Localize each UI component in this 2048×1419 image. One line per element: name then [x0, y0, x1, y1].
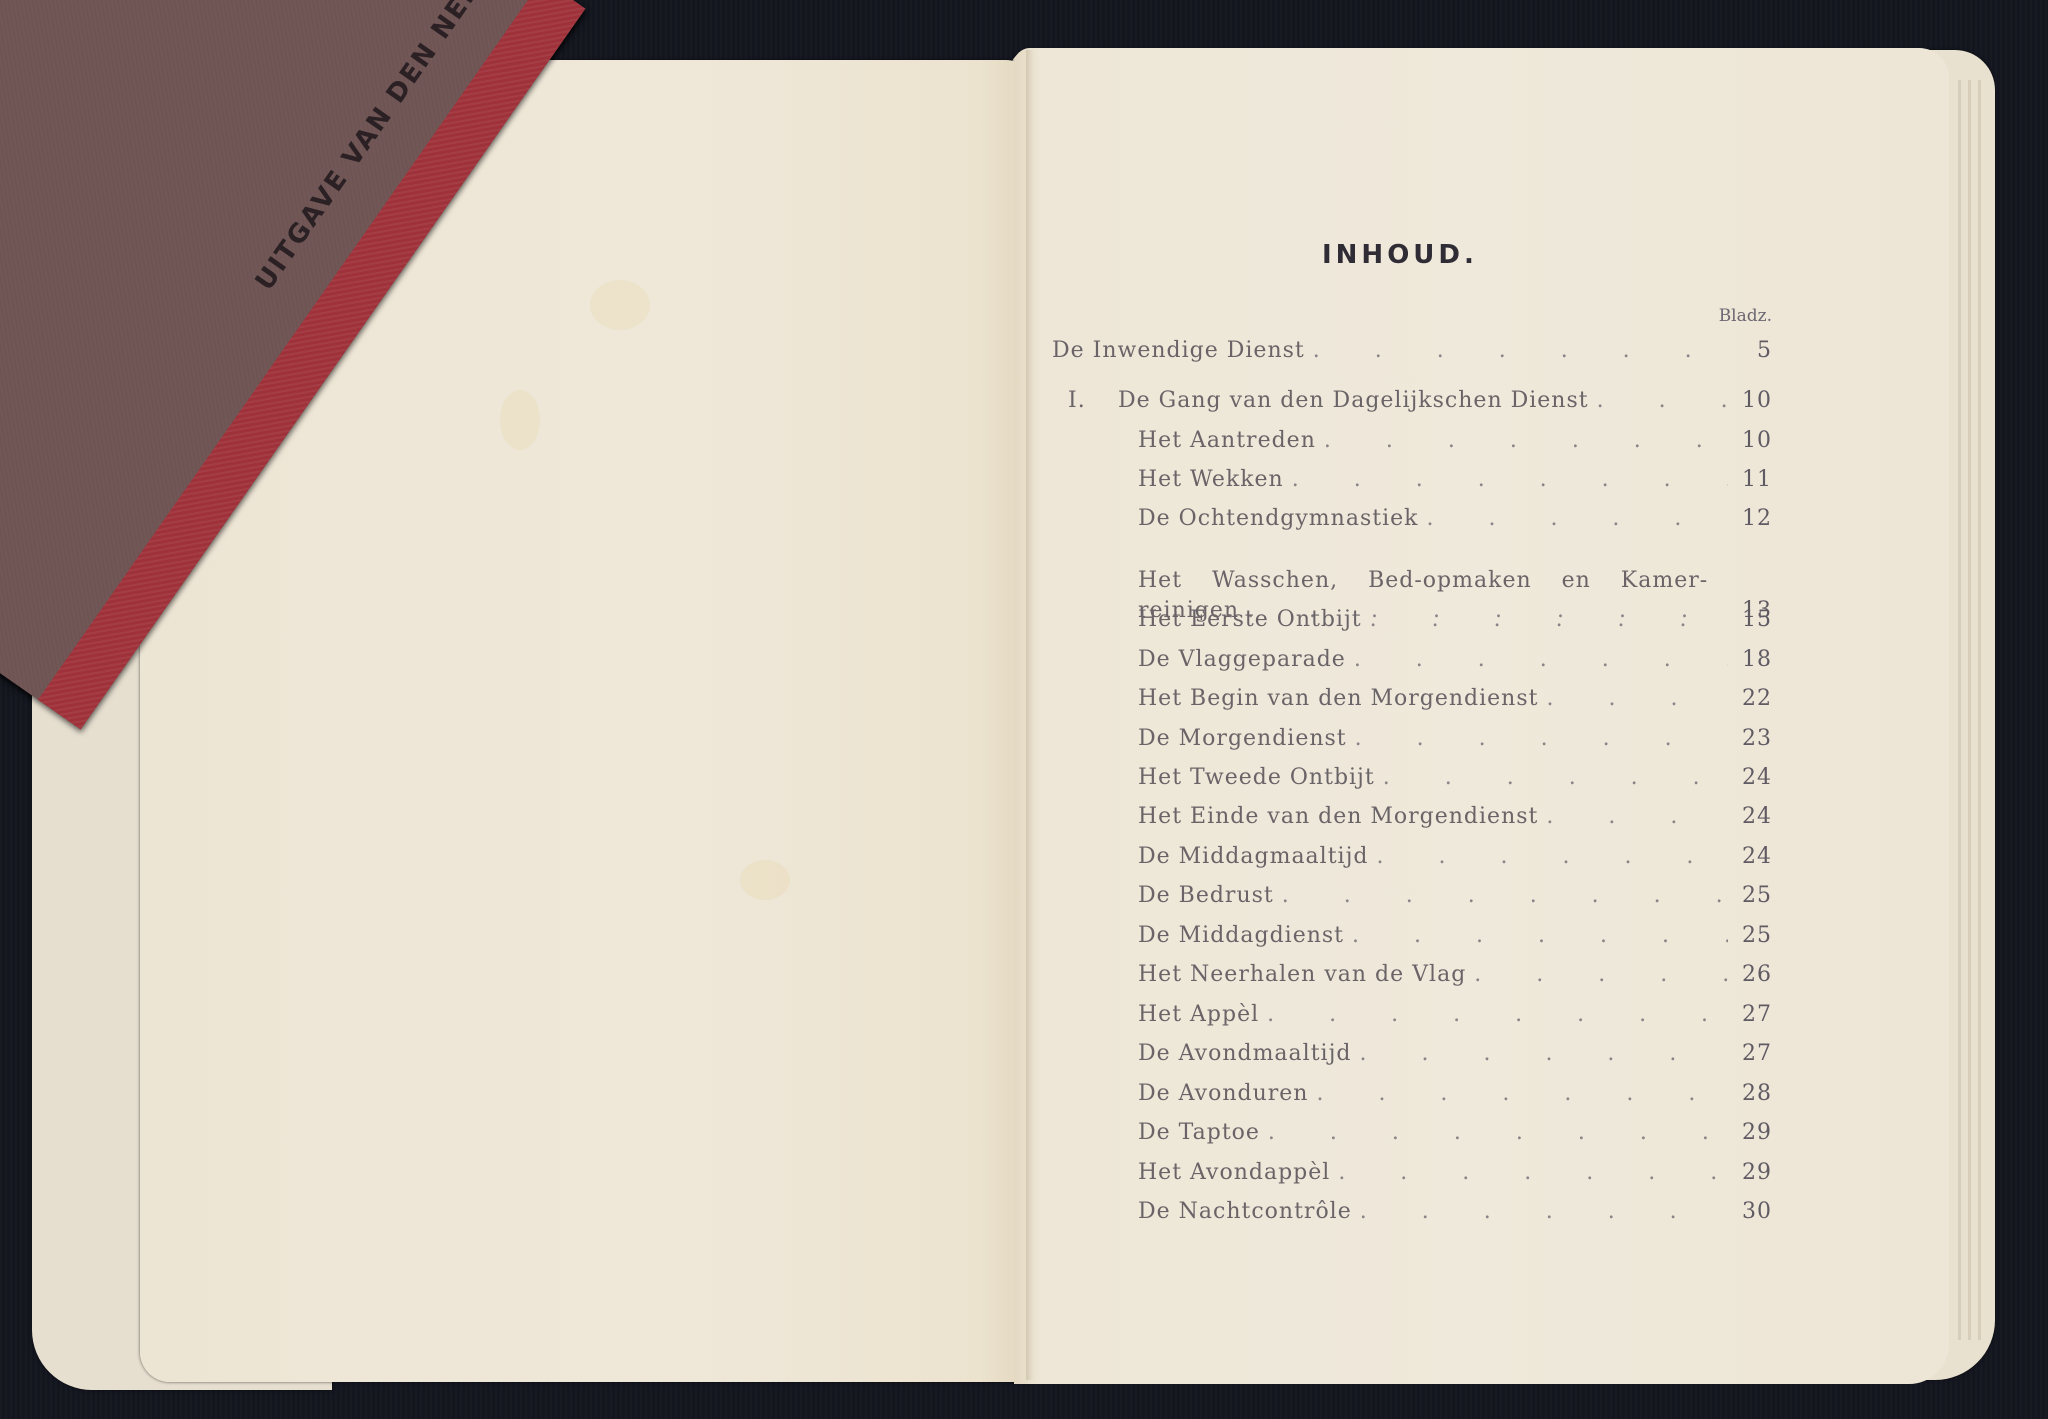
toc-entry-label: De Vlaggeparade: [1138, 647, 1346, 672]
toc-page-number: 22: [1736, 686, 1772, 711]
toc-entry: De Morgendienst. . . . . . . . . . . . .…: [1138, 726, 1772, 751]
toc-page-number: 30: [1736, 1199, 1772, 1224]
toc-leader-dots: . . . . . . . . . . . . . . . . . . . . …: [1546, 686, 1728, 711]
toc-page-number: 10: [1736, 428, 1772, 453]
toc-entry-number: I.: [1068, 388, 1118, 413]
toc-entry: Het Wekken. . . . . . . . . . . . . . . …: [1138, 467, 1772, 492]
toc-entry-label: Het Begin van den Morgendienst: [1138, 686, 1538, 711]
toc-entry-label: De Morgendienst: [1138, 726, 1347, 751]
book-gutter: [1026, 50, 1034, 1380]
toc-page-number: 15: [1736, 607, 1772, 632]
toc-entry-label: Het Wekken: [1138, 467, 1284, 492]
toc-page-number: 24: [1736, 804, 1772, 829]
toc-entry: Het Eerste Ontbijt. . . . . . . . . . . …: [1138, 607, 1772, 632]
toc-leader-dots: . . . . . . . . . . . . . . . . . . . . …: [1324, 428, 1728, 453]
toc-page-number: 12: [1736, 506, 1772, 531]
toc-entry-label: Het Aantreden: [1138, 428, 1316, 453]
toc-entry-label: De Bedrust: [1138, 883, 1274, 908]
page-column-header: Bladz.: [1719, 306, 1772, 326]
toc-leader-dots: . . . . . . . . . . . . . . . . . . . . …: [1268, 1120, 1728, 1145]
toc-entry-label: De Inwendige Dienst: [1052, 338, 1305, 363]
toc-entry: Het Begin van den Morgendienst. . . . . …: [1138, 686, 1772, 711]
toc-entry: De Nachtcontrôle. . . . . . . . . . . . …: [1138, 1199, 1772, 1224]
toc-entry-label: Het Einde van den Morgendienst: [1138, 804, 1538, 829]
toc-entry: Het Neerhalen van de Vlag. . . . . . . .…: [1138, 962, 1772, 987]
toc-entry: De Avonduren. . . . . . . . . . . . . . …: [1138, 1081, 1772, 1106]
toc-page-number: 11: [1736, 467, 1772, 492]
toc-page-number: 26: [1736, 962, 1772, 987]
toc-entry-label: De Nachtcontrôle: [1138, 1199, 1352, 1224]
toc-entry-label: De Gang van den Dagelijkschen Dienst: [1118, 388, 1589, 413]
toc-entry: Het Tweede Ontbijt. . . . . . . . . . . …: [1138, 765, 1772, 790]
toc-leader-dots: . . . . . . . . . . . . . . . . . . . . …: [1474, 962, 1728, 987]
toc-entry-label: De Ochtendgymnastiek: [1138, 506, 1418, 531]
toc-leader-dots: . . . . . . . . . . . . . . . . . . . . …: [1355, 726, 1728, 751]
toc-page-number: 29: [1736, 1160, 1772, 1185]
toc-leader-dots: . . . . . . . . . . . . . . . . . . . . …: [1426, 506, 1728, 531]
toc-entry-label: Het Neerhalen van de Vlag: [1138, 962, 1466, 987]
toc-entry-label: Het Tweede Ontbijt: [1138, 765, 1375, 790]
toc-entry: De Inwendige Dienst. . . . . . . . . . .…: [1052, 338, 1772, 363]
toc-leader-dots: . . . . . . . . . . . . . . . . . . . . …: [1354, 647, 1728, 672]
toc-entry: I.De Gang van den Dagelijkschen Dienst. …: [1068, 388, 1772, 413]
toc-entry-label: De Middagmaaltijd: [1138, 844, 1369, 869]
toc-entry: Het Avondappèl. . . . . . . . . . . . . …: [1138, 1160, 1772, 1185]
toc-page-number: 25: [1736, 923, 1772, 948]
table-of-contents: INHOUD. Bladz. De Inwendige Dienst. . . …: [1052, 240, 1772, 270]
toc-entry: De Avondmaaltijd. . . . . . . . . . . . …: [1138, 1041, 1772, 1066]
toc-leader-dots: . . . . . . . . . . . . . . . . . . . . …: [1383, 765, 1728, 790]
toc-leader-dots: . . . . . . . . . . . . . . . . . . . . …: [1292, 467, 1728, 492]
toc-page-number: 28: [1736, 1081, 1772, 1106]
toc-leader-dots: . . . . . . . . . . . . . . . . . . . . …: [1282, 883, 1728, 908]
toc-page-number: 18: [1736, 647, 1772, 672]
toc-page-number: 23: [1736, 726, 1772, 751]
toc-leader-dots: . . . . . . . . . . . . . . . . . . . . …: [1370, 607, 1728, 632]
toc-entry-label: De Middagdienst: [1138, 923, 1344, 948]
toc-entry: De Ochtendgymnastiek. . . . . . . . . . …: [1138, 506, 1772, 531]
toc-entry-label: Het Appèl: [1138, 1002, 1259, 1027]
toc-page-number: 5: [1736, 338, 1772, 363]
toc-leader-dots: . . . . . . . . . . . . . . . . . . . . …: [1546, 804, 1728, 829]
toc-entry: De Taptoe. . . . . . . . . . . . . . . .…: [1138, 1120, 1772, 1145]
toc-entry: Het Aantreden. . . . . . . . . . . . . .…: [1138, 428, 1772, 453]
toc-leader-dots: . . . . . . . . . . . . . . . . . . . . …: [1267, 1002, 1728, 1027]
toc-page-number: 25: [1736, 883, 1772, 908]
toc-leader-dots: . . . . . . . . . . . . . . . . . . . . …: [1360, 1199, 1728, 1224]
toc-entry-label: De Taptoe: [1138, 1120, 1260, 1145]
toc-leader-dots: . . . . . . . . . . . . . . . . . . . . …: [1352, 923, 1728, 948]
toc-leader-dots: . . . . . . . . . . . . . . . . . . . . …: [1377, 844, 1729, 869]
toc-heading: INHOUD.: [1322, 240, 1502, 270]
toc-entry-label: Het Eerste Ontbijt: [1138, 607, 1362, 632]
toc-entry-label: Het Avondappèl: [1138, 1160, 1330, 1185]
toc-entry: Het Einde van den Morgendienst. . . . . …: [1138, 804, 1772, 829]
toc-page-number: 27: [1736, 1002, 1772, 1027]
toc-leader-dots: . . . . . . . . . . . . . . . . . . . . …: [1316, 1081, 1728, 1106]
toc-entry: De Middagdienst. . . . . . . . . . . . .…: [1138, 923, 1772, 948]
toc-entry: De Middagmaaltijd. . . . . . . . . . . .…: [1138, 844, 1772, 869]
toc-entry-label: De Avonduren: [1138, 1081, 1308, 1106]
toc-entry: De Bedrust. . . . . . . . . . . . . . . …: [1138, 883, 1772, 908]
toc-page-number: 29: [1736, 1120, 1772, 1145]
toc-entry-label: De Avondmaaltijd: [1138, 1041, 1351, 1066]
toc-leader-dots: . . . . . . . . . . . . . . . . . . . . …: [1359, 1041, 1728, 1066]
toc-entry-line1: Het Wasschen, Bed-opmaken en Kamer-: [1138, 568, 1772, 593]
toc-page-number: 24: [1736, 844, 1772, 869]
toc-leader-dots: . . . . . . . . . . . . . . . . . . . . …: [1338, 1160, 1728, 1185]
toc-entry: De Vlaggeparade. . . . . . . . . . . . .…: [1138, 647, 1772, 672]
toc-page-number: 27: [1736, 1041, 1772, 1066]
toc-leader-dots: . . . . . . . . . . . . . . . . . . . . …: [1597, 388, 1728, 413]
toc-page-number: 10: [1736, 388, 1772, 413]
toc-entry-label: Het Wasschen, Bed-opmaken en Kamer-: [1138, 568, 1708, 593]
toc-leader-dots: . . . . . . . . . . . . . . . . . . . . …: [1313, 338, 1728, 363]
toc-entry: Het Appèl. . . . . . . . . . . . . . . .…: [1138, 1002, 1772, 1027]
toc-page-number: 24: [1736, 765, 1772, 790]
